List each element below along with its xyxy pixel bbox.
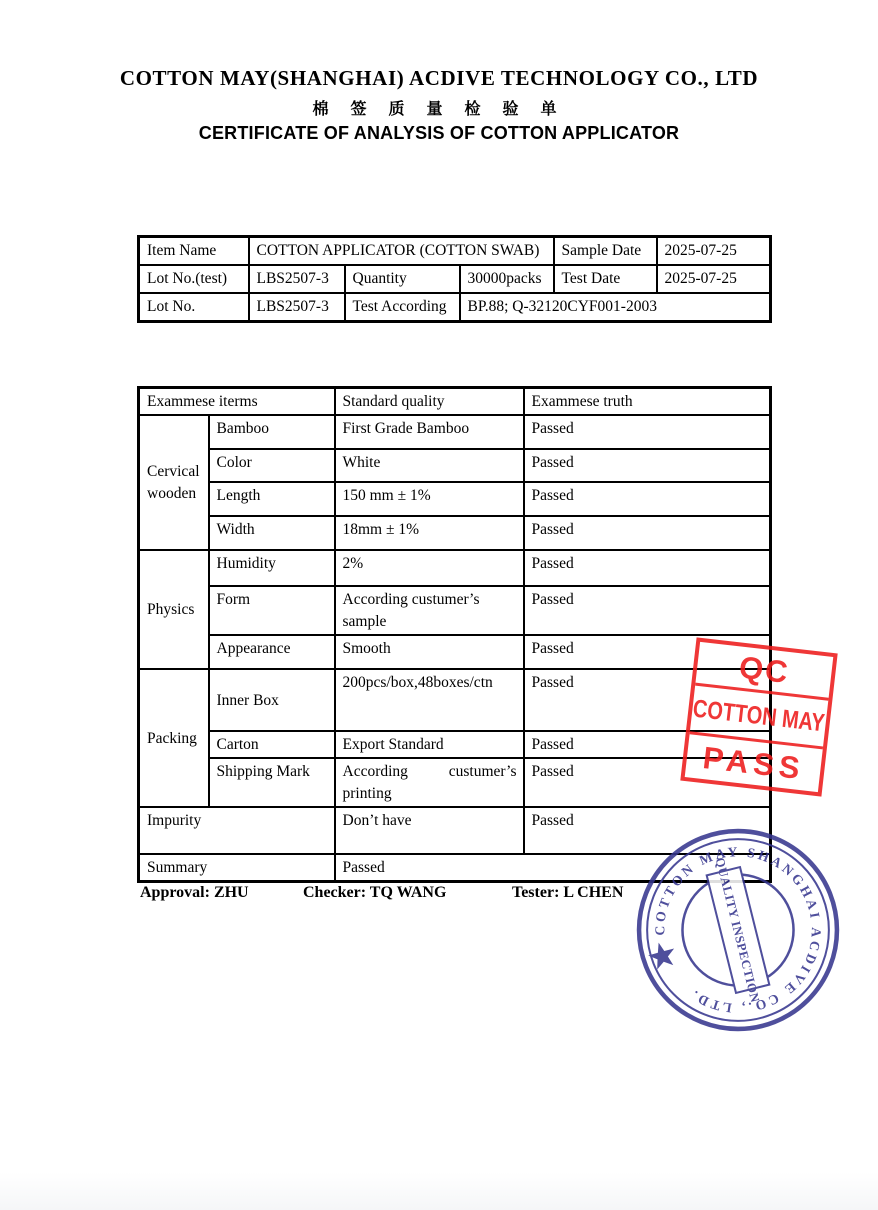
group-cervical-wooden: Cervical wooden (139, 415, 209, 550)
certificate-title: CERTIFICATE OF ANALYSIS OF COTTON APPLIC… (0, 123, 878, 144)
row-truth-cell: Passed (524, 482, 771, 516)
approval-signature: Approval: ZHU (140, 884, 249, 902)
test-date-value: 2025-07-25 (657, 265, 771, 293)
table-row: Packing Inner Box 200pcs/box,48boxes/ctn… (139, 669, 771, 731)
row-standard-cell: Smooth (335, 635, 524, 669)
table-row: Carton Export Standard Passed (139, 731, 771, 758)
test-according-label: Test According (345, 293, 460, 322)
row-label-cell: Color (209, 449, 335, 482)
header-standard: Standard quality (335, 388, 524, 416)
row-label-cell: Carton (209, 731, 335, 758)
header-items: Exammese iterms (139, 388, 335, 416)
row-standard-cell: Export Standard (335, 731, 524, 758)
quantity-label: Quantity (345, 265, 460, 293)
row-label-cell: Length (209, 482, 335, 516)
test-according-value: BP.88; Q-32120CYF001-2003 (460, 293, 771, 322)
table-row: Appearance Smooth Passed (139, 635, 771, 669)
row-label-cell: Inner Box (209, 669, 335, 731)
table-row: Shipping Mark According custumer’s print… (139, 758, 771, 807)
row-label-cell: Shipping Mark (209, 758, 335, 807)
sample-date-value: 2025-07-25 (657, 237, 771, 266)
item-name-label: Item Name (139, 237, 249, 266)
row-standard-cell: According custumer’s printing (335, 758, 524, 807)
info-row-2: Lot No.(test) LBS2507-3 Quantity 30000pa… (139, 265, 771, 293)
qc-pass-stamp: QC COTTON MAY PASS (680, 637, 837, 796)
row-standard-cell: White (335, 449, 524, 482)
header-truth: Exammese truth (524, 388, 771, 416)
row-label-cell: Form (209, 586, 335, 635)
table-row: Form According custumer’s sample Passed (139, 586, 771, 635)
seal-star-icon (646, 939, 679, 971)
table-row: Cervical wooden Bamboo First Grade Bambo… (139, 415, 771, 449)
lot-test-value: LBS2507-3 (249, 265, 345, 293)
table-row: Physics Humidity 2% Passed (139, 550, 771, 586)
summary-label: Summary (139, 854, 335, 882)
group-packing: Packing (139, 669, 209, 807)
tester-signature: Tester: L CHEN (512, 884, 623, 902)
row-standard-cell: 150 mm ± 1% (335, 482, 524, 516)
test-date-label: Test Date (554, 265, 657, 293)
impurity-standard: Don’t have (335, 807, 524, 854)
row-label-cell: Humidity (209, 550, 335, 586)
chinese-title: 棉 签 质 量 检 验 单 (0, 96, 878, 119)
row-standard-cell: 2% (335, 550, 524, 586)
certificate-page: COTTON MAY(SHANGHAI) ACDIVE TECHNOLOGY C… (0, 0, 878, 1210)
group-physics: Physics (139, 550, 209, 669)
company-name: COTTON MAY(SHANGHAI) ACDIVE TECHNOLOGY C… (0, 66, 878, 91)
row-label-cell: Width (209, 516, 335, 550)
row-standard-cell: 200pcs/box,48boxes/ctn (335, 669, 524, 731)
quantity-value: 30000packs (460, 265, 554, 293)
row-standard-cell: 18mm ± 1% (335, 516, 524, 550)
impurity-label: Impurity (139, 807, 335, 854)
page-bottom-shade (0, 1172, 878, 1210)
qc-stamp-line2-text: COTTON MAY (692, 694, 827, 738)
row-truth-cell: Passed (524, 550, 771, 586)
lot-label: Lot No. (139, 293, 249, 322)
row-label-cell: Bamboo (209, 415, 335, 449)
lot-value: LBS2507-3 (249, 293, 345, 322)
company-seal-stamp: COTTON MAY SHANGHAI ACDIVE CO., LTD. QUA… (634, 826, 842, 1034)
checker-signature: Checker: TQ WANG (303, 884, 446, 902)
item-name-value: COTTON APPLICATOR (COTTON SWAB) (249, 237, 554, 266)
result-header-row: Exammese iterms Standard quality Exammes… (139, 388, 771, 416)
info-row-1: Item Name COTTON APPLICATOR (COTTON SWAB… (139, 237, 771, 266)
row-standard-cell: First Grade Bamboo (335, 415, 524, 449)
table-row: Length 150 mm ± 1% Passed (139, 482, 771, 516)
row-truth-cell: Passed (524, 586, 771, 635)
row-truth-cell: Passed (524, 516, 771, 550)
sample-date-label: Sample Date (554, 237, 657, 266)
table-row: Color White Passed (139, 449, 771, 482)
row-truth-cell: Passed (524, 415, 771, 449)
table-row: Width 18mm ± 1% Passed (139, 516, 771, 550)
info-table: Item Name COTTON APPLICATOR (COTTON SWAB… (137, 235, 772, 323)
row-label-cell: Appearance (209, 635, 335, 669)
info-row-3: Lot No. LBS2507-3 Test According BP.88; … (139, 293, 771, 322)
row-truth-cell: Passed (524, 449, 771, 482)
lot-test-label: Lot No.(test) (139, 265, 249, 293)
result-table: Exammese iterms Standard quality Exammes… (137, 386, 772, 883)
row-standard-cell: According custumer’s sample (335, 586, 524, 635)
